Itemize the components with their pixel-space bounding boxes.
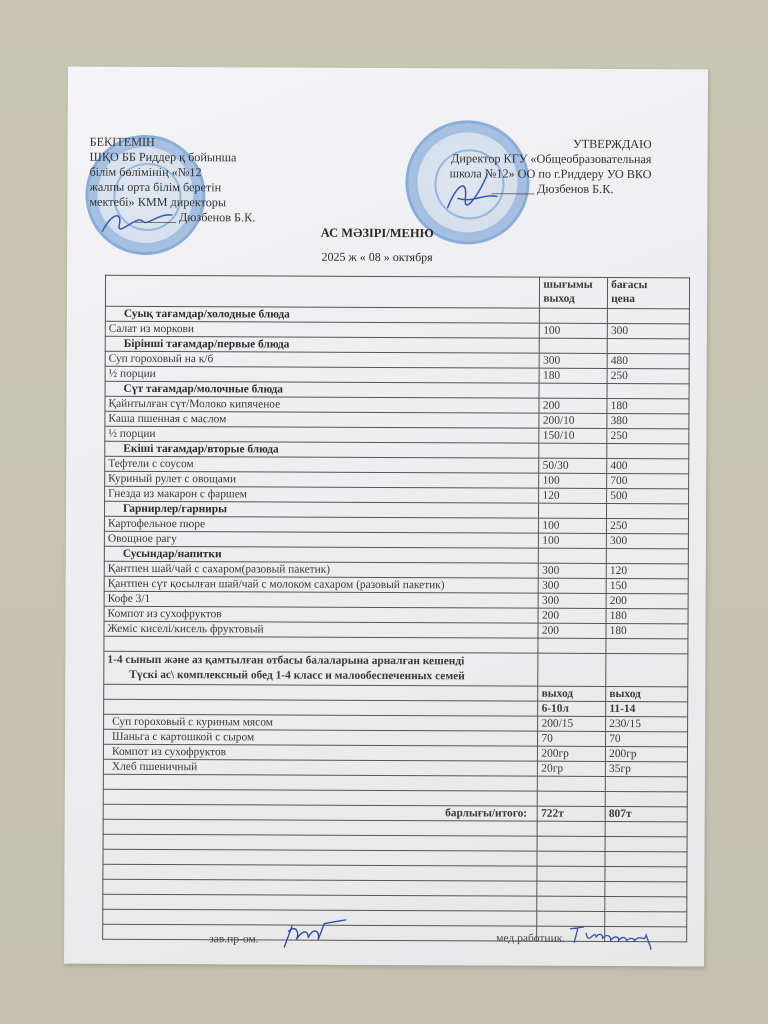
approval-line: ШҚО ББ Риддер қ бойынша [90, 150, 300, 166]
header-yield: шығымывыход [540, 277, 608, 308]
document-title: АС МӘЗІРІ/МЕНЮ [67, 225, 687, 243]
item-yield: 50/30 [539, 458, 607, 473]
item-name: Каша пшенная с маслом [105, 411, 539, 428]
item-price: 180 [606, 608, 688, 623]
item-price: 200 [606, 593, 688, 608]
approval-line: жалпы орта білім беретін [89, 180, 299, 196]
section-title: Бірінші тағамдар/первые блюда [105, 336, 539, 353]
item-yield: 100 [539, 518, 607, 533]
section-title: Гарнирлер/гарниры [104, 501, 538, 518]
section-title: Сусындар/напитки [104, 546, 538, 563]
item-price: 250 [607, 428, 689, 443]
complex-item-name: Суп гороховый с куриным мясом [104, 714, 538, 731]
footer-medical-worker: мед.работник. [496, 932, 565, 944]
document-date: 2025 ж « 08 » октября [67, 249, 687, 267]
item-price: 480 [607, 353, 689, 368]
complex-item-name: Хлеб пшеничный [103, 759, 537, 776]
item-name: Компот из сухофруктов [104, 606, 538, 623]
approval-title-kz: БЕКІТЕМІН [90, 135, 300, 151]
item-price: 500 [607, 488, 689, 503]
section-title: Екіші тағамдар/вторые блюда [105, 441, 539, 458]
item-price: 700 [607, 473, 689, 488]
item-price: 300 [607, 533, 689, 548]
item-name: Суп гороховый на к/б [105, 351, 539, 368]
complex-col-a-label: выход [538, 686, 606, 701]
complex-item-a: 200гр [538, 746, 606, 761]
item-price: 250 [607, 368, 689, 383]
complex-lunch-title: 1-4 сынып және аз қамтылған отбасы балал… [104, 651, 539, 686]
signature-right-icon [437, 168, 507, 218]
item-name: Қайнтылған сүт/Молоко кипяченое [105, 396, 539, 413]
item-yield: 100 [539, 533, 607, 548]
item-name: Куриный рулет с овощами [105, 471, 539, 488]
item-name: Қантпен сүт қосылған шай/чай с молоком с… [104, 576, 538, 593]
item-name: Қантпен шай/чай с сахаром(разовый пакети… [104, 561, 538, 578]
signature-medical-worker-icon [566, 921, 666, 951]
complex-item-a: 70 [538, 731, 606, 746]
item-yield: 120 [539, 488, 607, 503]
complex-header-row: 1-4 сынып және аз қамтылған отбасы балал… [104, 651, 688, 687]
item-price: 150 [606, 578, 688, 593]
item-name: Жеміс киселі/кисель фруктовый [104, 621, 538, 638]
item-yield: 300 [539, 578, 607, 593]
menu-table: шығымывыход бағасыцена Суық тағамдар/хол… [102, 275, 690, 943]
item-price: 400 [607, 458, 689, 473]
item-name: Картофельное пюре [104, 516, 538, 533]
item-name: Овощное рагу [104, 531, 538, 548]
item-yield: 200/10 [539, 413, 607, 428]
item-yield: 150/10 [539, 428, 607, 443]
item-yield: 200 [538, 623, 606, 638]
item-name: Тефтели с соусом [105, 456, 539, 473]
approval-line: Директор КГУ «Общеобразовательная [422, 151, 652, 167]
item-yield: 100 [539, 473, 607, 488]
item-name: Салат из моркови [105, 321, 539, 338]
complex-item-b: 35гр [606, 761, 688, 776]
complex-col-a-age: 6-10л [538, 701, 606, 716]
item-price: 180 [607, 398, 689, 413]
signature-production-manager-icon [278, 918, 348, 950]
approval-line: білім бөлімінің «№12 [89, 165, 299, 181]
item-price: 180 [606, 623, 688, 638]
total-b: 807т [605, 806, 687, 821]
item-yield: 300 [540, 353, 608, 368]
complex-col-b-age: 11-14 [606, 701, 688, 716]
total-a: 722т [538, 806, 606, 821]
complex-item-b: 70 [606, 731, 688, 746]
complex-item-name: Шаньга с картошкой с сыром [104, 729, 538, 746]
item-yield: 200 [538, 608, 606, 623]
menu-sheet: БЕКІТЕМІН ШҚО ББ Риддер қ бойынша білім … [64, 67, 708, 967]
complex-item-b: 200гр [606, 746, 688, 761]
table-header-row: шығымывыход бағасыцена [105, 275, 689, 309]
footer-production-manager: зав.пр-ом. [209, 933, 258, 945]
complex-col-b-label: выход [606, 686, 688, 701]
item-name: Гнезда из макарон с фаршем [105, 486, 539, 503]
approval-title-ru: УТВЕРЖДАЮ [422, 136, 652, 152]
item-price: 300 [607, 323, 689, 338]
complex-item-name: Компот из сухофруктов [103, 744, 537, 761]
complex-item-a: 20гр [538, 761, 606, 776]
section-title: Суық тағамдар/холодные блюда [105, 306, 539, 323]
header-price: бағасыцена [608, 277, 690, 308]
item-yield: 200 [539, 398, 607, 413]
item-yield: 180 [540, 368, 608, 383]
item-price: 250 [607, 518, 689, 533]
item-yield: 300 [539, 593, 607, 608]
item-yield: 300 [539, 563, 607, 578]
complex-item-a: 200/15 [538, 716, 606, 731]
complex-item-b: 230/15 [606, 716, 688, 731]
item-yield: 100 [540, 323, 608, 338]
section-title: Сүт тағамдар/молочные блюда [105, 381, 539, 398]
item-price: 120 [606, 563, 688, 578]
item-price: 380 [607, 413, 689, 428]
